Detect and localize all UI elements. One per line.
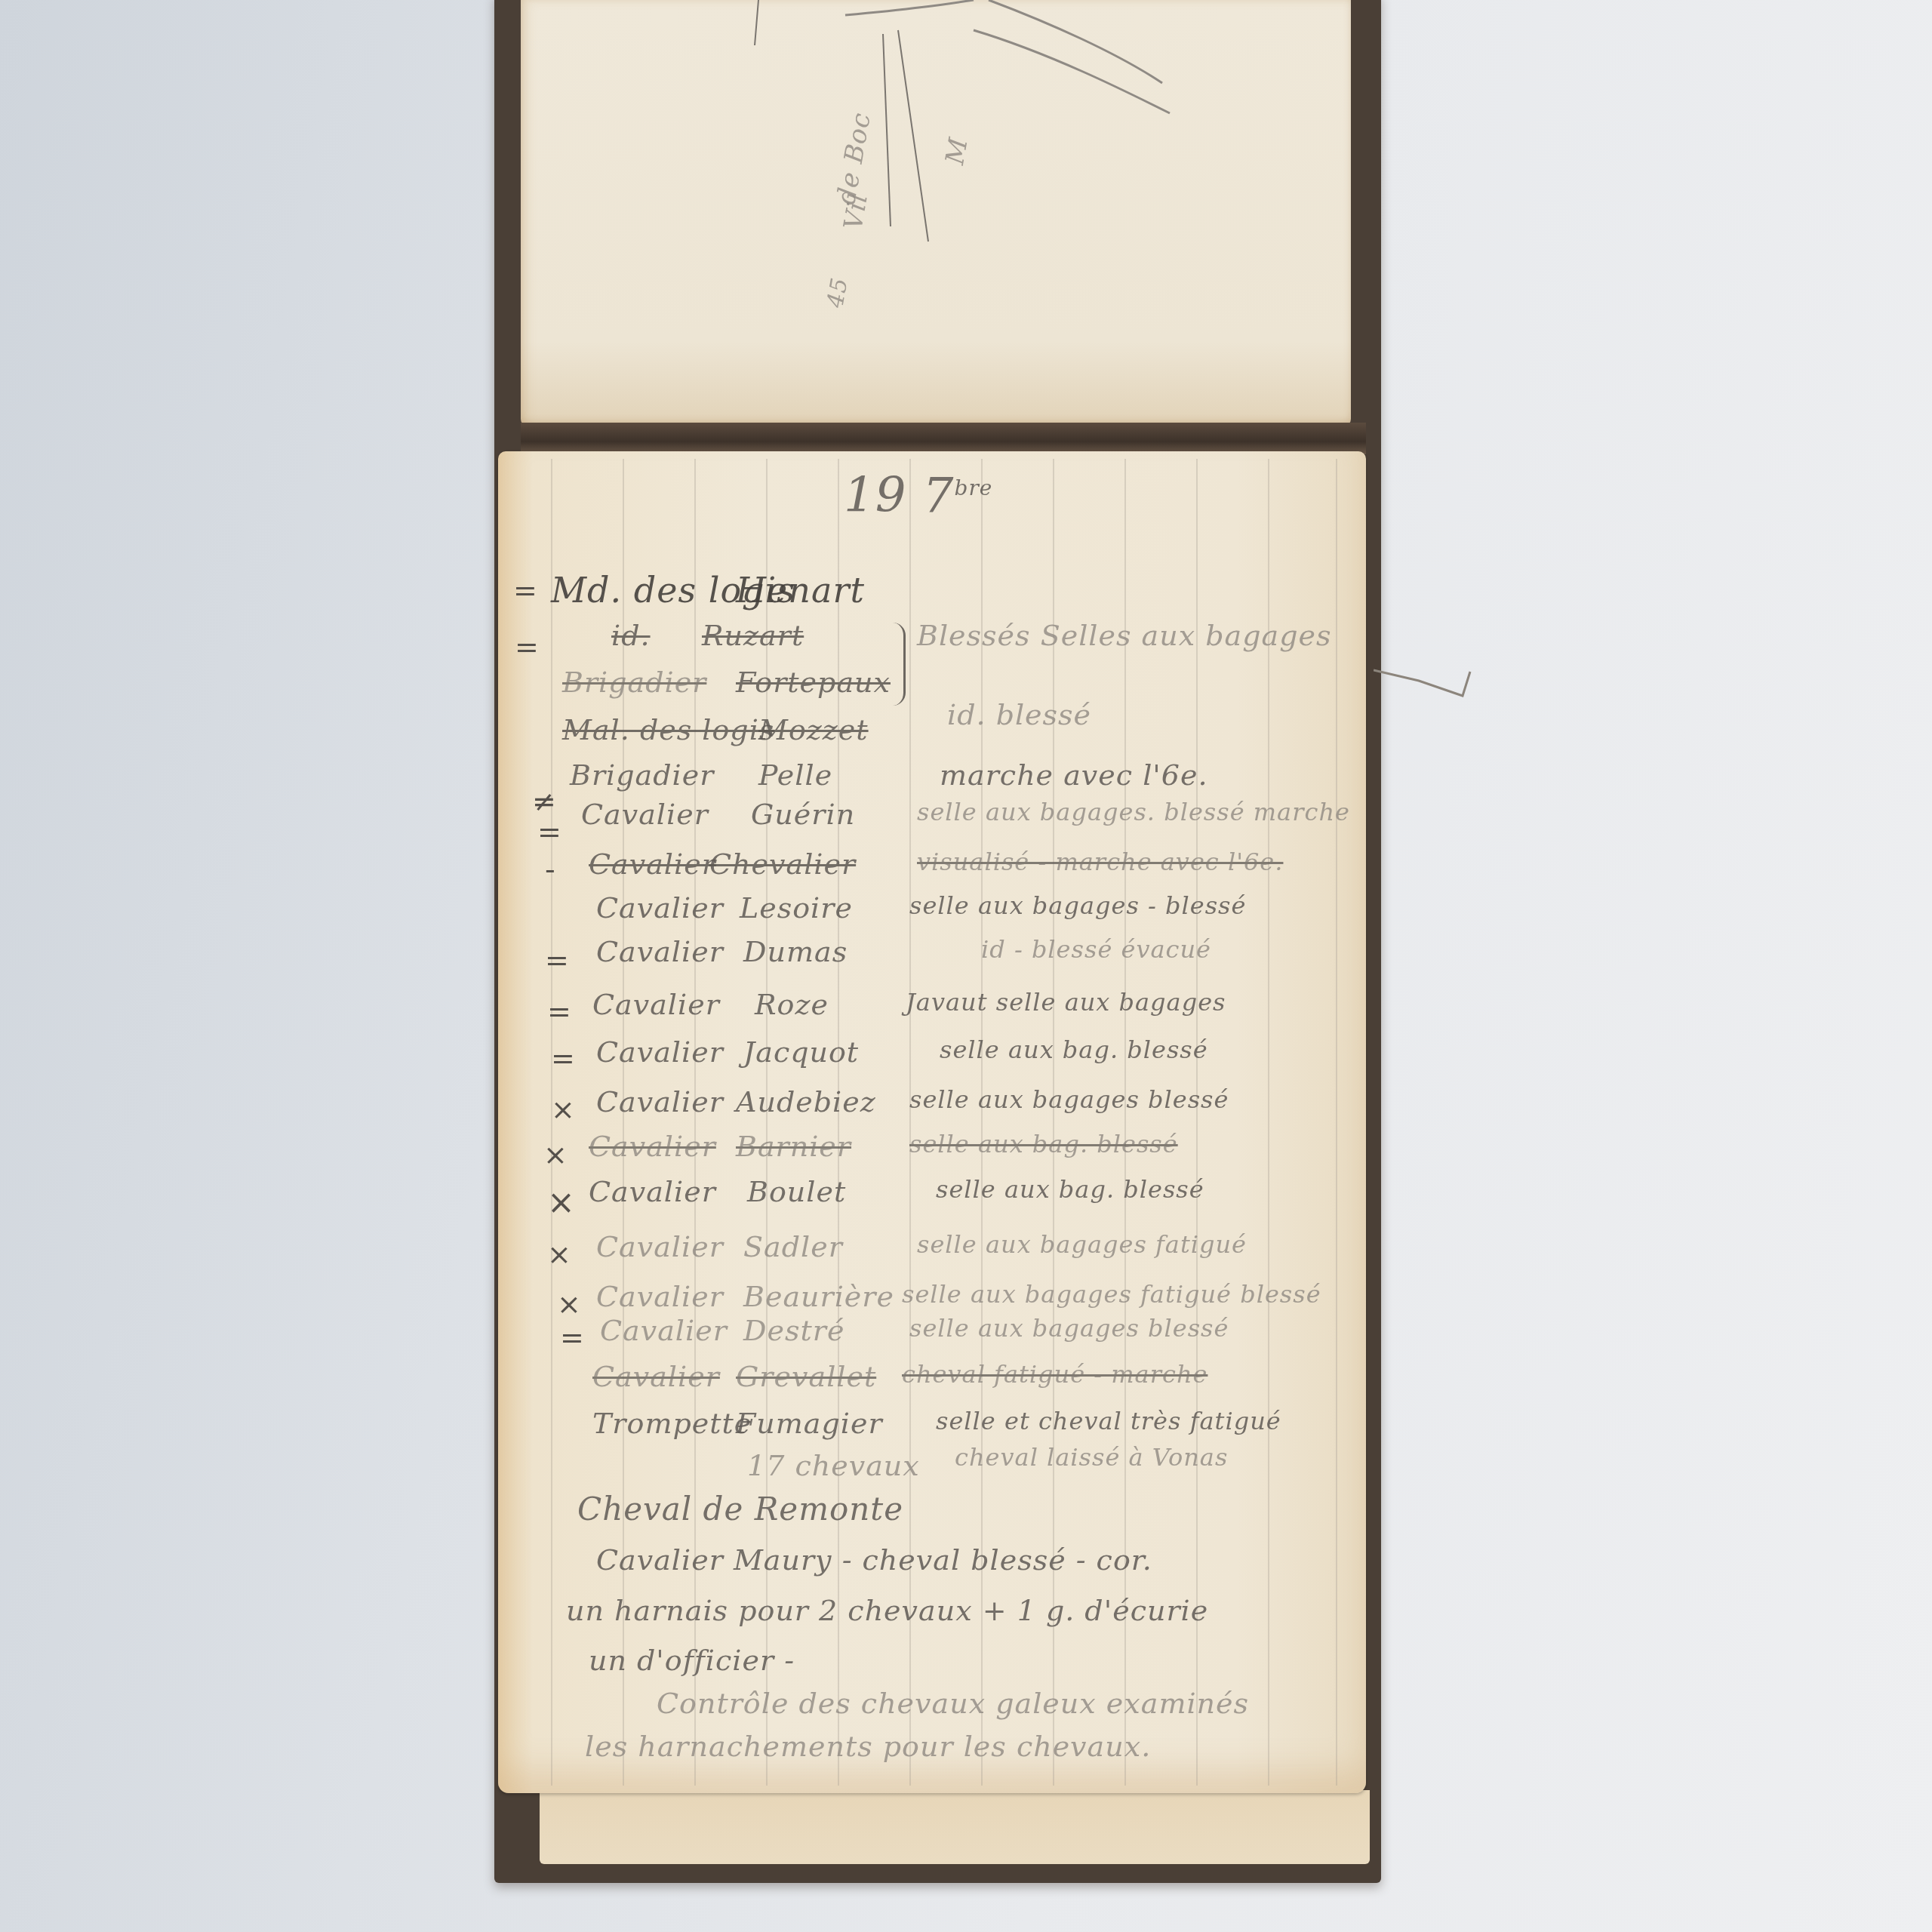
page-rule bbox=[1053, 459, 1054, 1786]
entry-rank: Cavalier bbox=[592, 988, 720, 1021]
note-line: cheval laissé à Vonas bbox=[955, 1443, 1228, 1472]
entry-name: Lesoire bbox=[740, 891, 853, 924]
margin-mark: = bbox=[515, 630, 539, 663]
entry-note: cheval fatigué - marche bbox=[902, 1360, 1207, 1389]
torn-paper-strip bbox=[1374, 664, 1472, 702]
entry-name: Henart bbox=[736, 570, 865, 611]
note-line: Contrôle des chevaux galeux examinés bbox=[657, 1687, 1249, 1720]
scribble: M bbox=[940, 135, 974, 167]
page-rule bbox=[909, 459, 911, 1786]
margin-mark: = bbox=[551, 1041, 575, 1075]
margin-mark: × bbox=[557, 1287, 581, 1321]
page-rule bbox=[1336, 459, 1337, 1786]
entry-rank: Cavalier bbox=[589, 1175, 716, 1208]
entry-rank: Cavalier bbox=[596, 1085, 724, 1118]
margin-mark: = bbox=[547, 995, 571, 1028]
entry-rank: Cavalier bbox=[592, 1360, 720, 1393]
entry-note: selle aux bag. blessé bbox=[936, 1175, 1204, 1204]
entry-note: marche avec l'6e. bbox=[940, 758, 1208, 792]
entry-rank: Cavalier bbox=[596, 1035, 724, 1069]
entry-note: selle aux bagages fatigué bbox=[917, 1230, 1247, 1259]
entry-rank: Brigadier bbox=[562, 666, 706, 699]
entry-note: selle aux bag. blessé bbox=[909, 1130, 1178, 1158]
note-line: un d'officier - bbox=[589, 1644, 795, 1677]
entry-rank: Cavalier bbox=[600, 1314, 728, 1347]
entry-name: Fortepaux bbox=[736, 666, 891, 699]
entry-note: selle aux bagages blessé bbox=[909, 1314, 1229, 1343]
entry-name: Grevallet bbox=[736, 1360, 876, 1393]
entry-rank: Brigadier bbox=[570, 758, 714, 792]
notebook-gutter bbox=[521, 423, 1366, 454]
note-line: 17 chevaux bbox=[747, 1449, 920, 1482]
page-date: 19 7bre bbox=[844, 468, 992, 524]
page-rule bbox=[766, 459, 768, 1786]
entry-name: Chevalier bbox=[709, 848, 856, 881]
entry-note: id - blessé évacué bbox=[981, 935, 1211, 964]
entry-note: selle aux bagages fatigué blessé bbox=[902, 1280, 1321, 1309]
entry-note: selle aux bagages. blessé marche bbox=[917, 798, 1350, 826]
entry-note: selle et cheval très fatigué bbox=[936, 1407, 1281, 1435]
margin-mark: ≠ bbox=[532, 785, 556, 818]
entry-note: visualisé - marche avec l'6e. bbox=[917, 848, 1283, 876]
margin-mark: × bbox=[547, 1238, 571, 1271]
entry-name: Pelle bbox=[758, 758, 832, 792]
margin-mark: = bbox=[545, 943, 569, 977]
entry-name: Audebiez bbox=[736, 1085, 876, 1118]
margin-mark: = bbox=[513, 574, 537, 607]
margin-mark: × bbox=[543, 1138, 568, 1171]
margin-mark: - bbox=[545, 853, 555, 886]
entry-rank: Mal. des logis bbox=[562, 713, 774, 746]
entry-note: id. blessé bbox=[947, 698, 1091, 731]
margin-mark: = bbox=[560, 1321, 584, 1354]
entry-note: selle aux bagages blessé bbox=[909, 1085, 1229, 1114]
entry-note: selle aux bag. blessé bbox=[940, 1035, 1208, 1064]
top-page: de Boc Vil M 45 bbox=[521, 0, 1351, 426]
entry-rank: Cavalier bbox=[596, 891, 724, 924]
note-line: un harnais pour 2 chevaux + 1 g. d'écuri… bbox=[566, 1594, 1208, 1627]
entry-name: Destré bbox=[743, 1314, 844, 1347]
entry-note: selle aux bagages - blessé bbox=[909, 891, 1246, 920]
note-line: Cheval de Remonte bbox=[577, 1491, 903, 1527]
note-line: les harnachements pour les chevaux. bbox=[585, 1730, 1151, 1763]
entry-name: Fumagier bbox=[736, 1407, 883, 1440]
entry-name: Jacquot bbox=[743, 1035, 859, 1069]
page-rule bbox=[1124, 459, 1126, 1786]
pencil-sketch-lines bbox=[521, 0, 1351, 426]
note-line: Cavalier Maury - cheval blessé - cor. bbox=[596, 1543, 1152, 1577]
entry-rank: Trompette bbox=[592, 1407, 752, 1440]
margin-mark: × bbox=[547, 1183, 575, 1222]
date-month: 7 bbox=[923, 468, 955, 524]
page-rule bbox=[981, 459, 983, 1786]
entry-name: Beaurière bbox=[743, 1280, 894, 1313]
entry-name: Dumas bbox=[743, 935, 848, 968]
grouping-brace bbox=[893, 623, 906, 706]
entry-rank: id. bbox=[611, 619, 651, 652]
page-rule bbox=[1196, 459, 1198, 1786]
entry-name: Sadler bbox=[743, 1230, 843, 1263]
entry-rank: Cavalier bbox=[596, 1280, 724, 1313]
entry-name: Roze bbox=[755, 988, 829, 1021]
main-page bbox=[498, 451, 1366, 1793]
scribble: 45 bbox=[822, 275, 853, 310]
page-rule bbox=[623, 459, 624, 1786]
entry-rank: Cavalier bbox=[589, 848, 716, 881]
page-rule bbox=[838, 459, 839, 1786]
scribble: Vil bbox=[838, 191, 874, 232]
entry-note: Blessés Selles aux bagages bbox=[917, 619, 1331, 652]
next-page-edge bbox=[540, 1790, 1370, 1864]
margin-mark: = bbox=[537, 815, 561, 848]
entry-rank: Cavalier bbox=[589, 1130, 716, 1163]
page-rule bbox=[1268, 459, 1269, 1786]
entry-name: Boulet bbox=[747, 1175, 846, 1208]
date-day: 19 bbox=[844, 468, 906, 524]
entry-rank: Cavalier bbox=[581, 798, 709, 831]
date-month-suffix: bre bbox=[955, 475, 993, 500]
entry-name: Mozzet bbox=[758, 713, 869, 746]
entry-rank: Cavalier bbox=[596, 1230, 724, 1263]
margin-mark: × bbox=[551, 1093, 575, 1126]
entry-name: Barnier bbox=[736, 1130, 851, 1163]
page-rule bbox=[694, 459, 696, 1786]
entry-rank: Cavalier bbox=[596, 935, 724, 968]
entry-name: Ruzart bbox=[702, 619, 804, 652]
entry-name: Guérin bbox=[751, 798, 855, 831]
entry-note: Javaut selle aux bagages bbox=[906, 988, 1226, 1017]
